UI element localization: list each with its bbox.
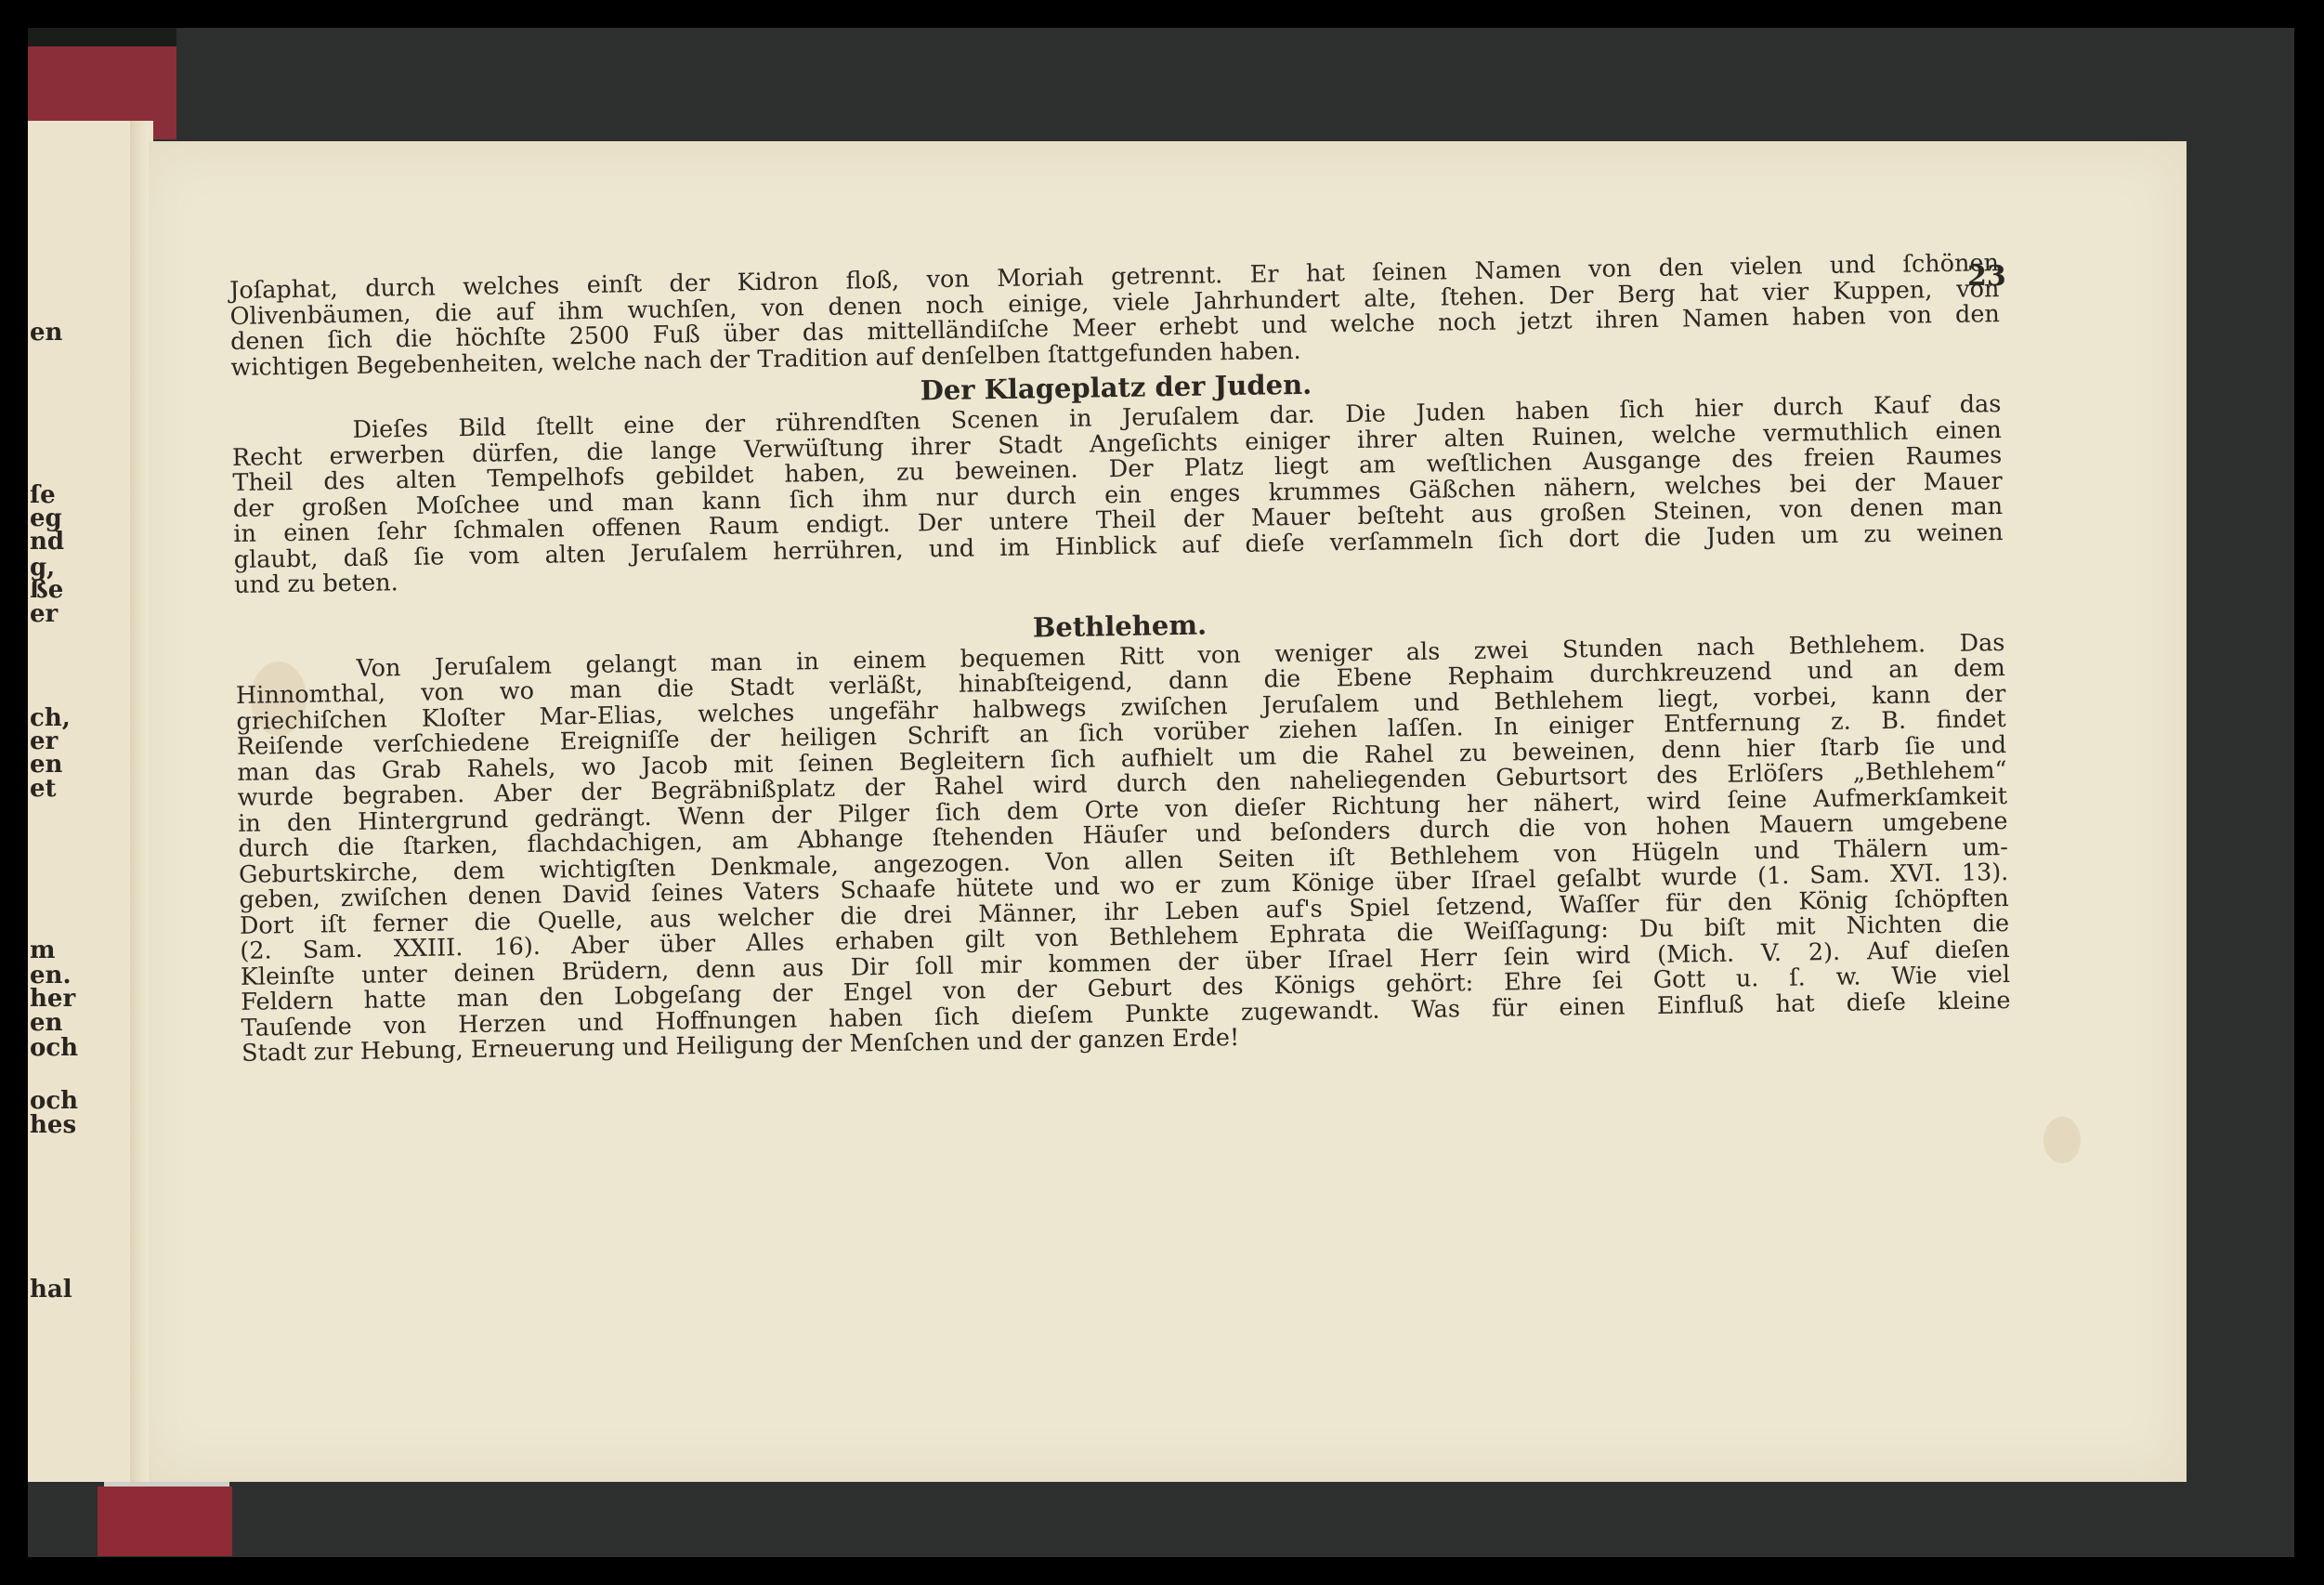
- left-page-fragment: en: [30, 1011, 62, 1036]
- left-page-fragment: och: [30, 1089, 78, 1114]
- left-page-fragment: hal: [30, 1277, 72, 1303]
- left-page-fragment: en: [30, 753, 62, 778]
- left-page-fragment: m: [30, 938, 56, 963]
- left-page-fragment: her: [30, 987, 75, 1012]
- binding-top-dark: [28, 28, 176, 48]
- paragraph-bethlehem: Von Jeruſalem gelangt man in einem beque…: [235, 631, 2011, 1068]
- left-page-fragment: et: [30, 777, 57, 802]
- left-page-fragment: er: [30, 602, 58, 627]
- left-page-fragment: ße: [30, 578, 63, 603]
- left-page-fragment: och: [30, 1036, 78, 1061]
- page-text-block: Joſaphat, durch welches einſt der Kidron…: [229, 251, 2011, 1067]
- left-page-fragment: hes: [30, 1113, 76, 1138]
- left-page-fragment: nd: [30, 530, 64, 555]
- left-page-fragment: en: [30, 321, 62, 346]
- book-gutter: [130, 121, 149, 1482]
- red-binding-bottom: [98, 1487, 232, 1556]
- paragraph-klageplatz: Dieſes Bild ſtellt eine der rührendſten …: [231, 392, 2004, 598]
- paper-stain: [2043, 1117, 2081, 1163]
